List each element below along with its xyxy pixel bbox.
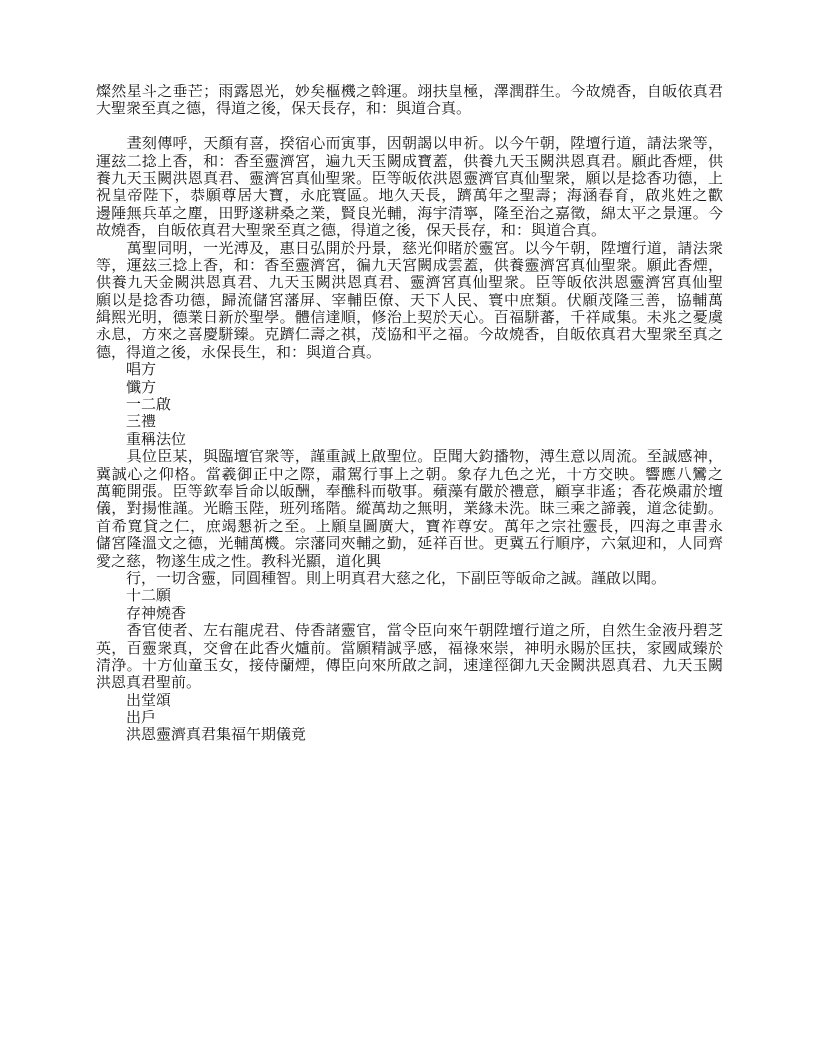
text-line: 願以是捻香功德，歸流儲宮藩屏、宰輔臣僚、天下人民、寰中庶類。伏願茂隆三善，協輔萬… <box>96 293 723 310</box>
text-line: 出堂頌 <box>96 693 723 710</box>
text-line: 唱方 <box>96 362 723 379</box>
text-line: 懺方 <box>96 380 723 397</box>
text-line: 出戶 <box>96 710 723 727</box>
text-line: 等，運玆三捻上香，和：香至靈濟宮，徧九天宮闕成雲蓋，供養靈濟宮真仙聖衆。願此香煙… <box>96 258 723 275</box>
text-line: 燦然星斗之垂芒；雨露恩光，妙矣樞機之斡運。翊扶皇極，澤潤群生。今故燒香，自皈依真… <box>96 84 723 101</box>
text-line: 緝熙光明，德業日新於聖學。體信達順，修治上契於天心。百福駢蕃，千祥咸集。未兆之憂… <box>96 310 723 327</box>
text-line: 具位臣某，與臨壇官衆等，謹重誠上啟聖位。臣聞大鈞播物，溥生意以周流。至誠感神， <box>96 449 723 466</box>
text-line: 祝皇帝陛下，恭願尊居大寶，永庇寰區。地久天長，躋萬年之聖壽；海涵春育，啟兆姓之歡… <box>96 188 723 205</box>
text-line: 英，百靈衆真，交會在此香火爐前。當願精誠孚感，福祿來崇，神明永賜於匡扶，家國咸臻… <box>96 641 723 658</box>
text-line: 三禮 <box>96 414 723 431</box>
text-line: 運玆二捻上香，和：香至靈濟宮，遍九天玉闕成寶蓋，供養九天玉闕洪恩真君。願此香煙，… <box>96 154 723 171</box>
text-line: 重稱法位 <box>96 432 723 449</box>
text-line: 愛之慈，物遂生成之性。教科光顯，道化興 <box>96 554 723 571</box>
document-page: 燦然星斗之垂芒；雨露恩光，妙矣樞機之斡運。翊扶皇極，澤潤群生。今故燒香，自皈依真… <box>0 0 816 1056</box>
text-line <box>96 119 723 136</box>
text-line: 養九天玉闕洪恩真君、靈濟宮真仙聖衆。臣等皈依洪恩靈濟官真仙聖衆，願以是捻香功德，… <box>96 171 723 188</box>
text-line: 晝刻傳呼，天顏有喜，揆宿心而寅事，因朝謁以申祈。以今午朝，陞壇行道，請法衆等， <box>96 136 723 153</box>
text-line: 德，得道之後，永保長生，和：與道合真。 <box>96 345 723 362</box>
text-line: 洪恩靈濟真君集福午期儀竟 <box>96 727 723 744</box>
text-line: 大聖衆至真之德，得道之後，保天長存，和：與道合真。 <box>96 101 723 118</box>
text-line: 存神燒香 <box>96 606 723 623</box>
text-line: 萬範開張。臣等欽奉旨命以皈酬，奉醮科而敬事。蘋藻有嚴於禮意，顧享非遙；香花煥肅於… <box>96 484 723 501</box>
text-line: 清浄。十方仙童玉女，接侍蘭煙，傳臣向來所啟之詞，速達徑御九天金闕洪恩真君、九天玉… <box>96 658 723 675</box>
text-line: 供養九天金闕洪恩真君、九天玉闕洪恩真君、靈濟宮真仙聖衆。臣等皈依洪恩靈濟宮真仙聖… <box>96 275 723 292</box>
text-line: 香官使者、左右龍虎君、侍香諸靈官，當令臣向來午朝陞壇行道之所，自然生金液丹碧芝 <box>96 623 723 640</box>
text-line: 故燒香，自皈依真君大聖衆至真之德，得道之後，保天長存，和：與道合真。 <box>96 223 723 240</box>
text-line: 儀，對揚惟謹。光瞻玉陛，班列瑤階。縱萬劫之無明，業緣未洗。昧三乘之諦義，道念徒勤… <box>96 501 723 518</box>
text-line: 永息，方來之喜慶駢臻。克躋仁壽之祺，茂協和平之福。今故燒香，自皈依真君大聖衆至真… <box>96 327 723 344</box>
text-line: 一二啟 <box>96 397 723 414</box>
text-line: 十二願 <box>96 588 723 605</box>
text-line: 行，一切含靈，同圓種智。則上明真君大慈之化，下副臣等皈命之誠。謹啟以聞。 <box>96 571 723 588</box>
text-line: 儲宮隆溫文之德，光輔萬機。宗藩同夾輔之勤，延祥百世。更冀五行順序，六氣迎和，人同… <box>96 536 723 553</box>
text-line: 邊陲無兵革之塵，田野遂耕桑之業，賢良光輔，海宇清寧，隆至治之嘉徵，綿太平之景運。… <box>96 206 723 223</box>
text-line: 洪恩真君聖前。 <box>96 675 723 692</box>
text-line: 首希寬貸之仁，庶竭懇祈之至。上願皇圖廣大，寶祚尊安。萬年之宗社靈長，四海之車書永… <box>96 519 723 536</box>
text-line: 萬聖同明，一光溥及，惠日弘開於丹景，慈光仰睹於靈宮。以今午朝，陞壇行道，請法衆 <box>96 241 723 258</box>
text-line: 冀誠心之仰格。當羲御正中之際，肅駕行事上之朝。象存九色之光，十方交映。響應八鸞之… <box>96 467 723 484</box>
document-text: 燦然星斗之垂芒；雨露恩光，妙矣樞機之斡運。翊扶皇極，澤潤群生。今故燒香，自皈依真… <box>96 84 723 745</box>
